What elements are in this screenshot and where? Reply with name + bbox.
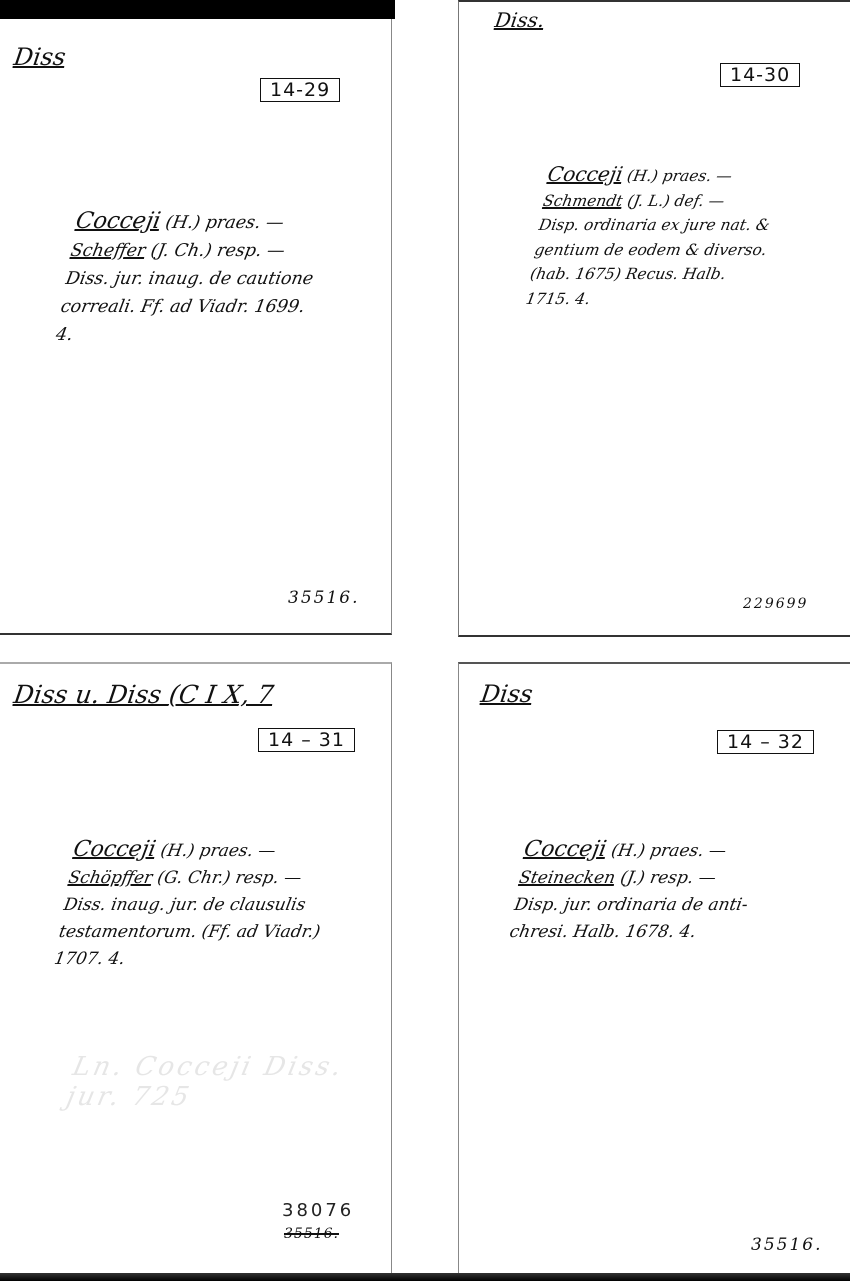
bibliographic-entry: Cocceji (H.) praes. — Schöpffer (G. Chr.…	[52, 836, 337, 973]
entry-format-line: 4.	[53, 321, 305, 349]
entry-line-respondent: Schöpffer (G. Chr.) resp. —	[66, 865, 332, 892]
entry-title-line: correali. Ff. ad Viadr. 1699.	[58, 293, 310, 321]
praeses-name: Cocceji	[74, 208, 163, 234]
praeses-detail: (H.) praes. —	[626, 167, 734, 185]
entry-title-line: testamentorum. (Ff. ad Viadr.)	[57, 919, 323, 946]
entry-title-line: Disp. ordinaria ex jure nat. &	[537, 213, 773, 238]
scan-edge-bottom	[0, 1273, 850, 1281]
praeses-detail: (H.) praes. —	[159, 841, 277, 861]
accession-number: 35516.	[288, 588, 359, 608]
call-number-box: 14-29	[260, 78, 340, 102]
entry-title-line: gentium de eodem & diverso.	[533, 238, 769, 263]
call-number-box: 14 – 31	[258, 728, 355, 752]
shelf-mark: Diss	[479, 680, 534, 708]
bibliographic-entry: Cocceji (H.) praes. — Scheffer (J. Ch.) …	[53, 207, 325, 349]
catalog-card-14-29: Diss 14-29 Cocceji (H.) praes. — Scheffe…	[0, 19, 392, 635]
entry-line-respondent: Scheffer (J. Ch.) resp. —	[68, 237, 320, 265]
praeses-name: Cocceji	[71, 836, 158, 862]
shelf-mark: Diss	[12, 43, 67, 71]
entry-line-praeses: Cocceji (H.) praes. —	[73, 207, 326, 237]
entry-format-line: 1715. 4.	[524, 287, 760, 312]
entry-format-line: 1707. 4.	[52, 946, 318, 973]
catalog-card-14-31: Diss u. Diss (C I X, 7 14 – 31 Cocceji (…	[0, 662, 392, 1274]
entry-title-line: Diss. jur. inaug. de cautione	[63, 265, 315, 293]
praeses-detail: (H.) praes. —	[164, 213, 286, 233]
entry-line-praeses: Cocceji (H.) praes. —	[71, 836, 337, 865]
praeses-name: Cocceji	[522, 836, 609, 862]
call-number-box: 14 – 32	[717, 730, 814, 754]
accession-number-new: 38076	[282, 1200, 354, 1221]
faint-bleed-through-text: Ln. Cocceji Diss. jur. 725	[64, 1052, 398, 1112]
entry-title-line: Disp. jur. ordinaria de anti-	[512, 892, 750, 919]
respondent-detail: (J. L.) def. —	[626, 192, 726, 210]
scan-edge-top	[0, 0, 395, 19]
praeses-name: Cocceji	[546, 162, 625, 186]
shelf-mark: Diss.	[493, 8, 546, 32]
respondent-name: Schöpffer	[67, 868, 154, 888]
accession-number-struck: 35516.	[284, 1226, 339, 1242]
praeses-detail: (H.) praes. —	[610, 841, 728, 861]
entry-title-line: Diss. inaug. jur. de clausulis	[61, 892, 327, 919]
accession-number: 229699	[743, 596, 808, 612]
entry-line-respondent: Steinecken (J.) resp. —	[517, 865, 755, 892]
entry-imprint-line: (hab. 1675) Recus. Halb.	[528, 262, 764, 287]
bibliographic-entry: Cocceji (H.) praes. — Steinecken (J.) re…	[507, 836, 759, 946]
call-number-box: 14-30	[720, 63, 800, 87]
bibliographic-entry: Cocceji (H.) praes. — Schmendt (J. L.) d…	[524, 162, 782, 311]
respondent-detail: (J.) resp. —	[619, 868, 718, 888]
respondent-name: Steinecken	[518, 868, 617, 888]
respondent-name: Schmendt	[542, 192, 624, 210]
entry-line-praeses: Cocceji (H.) praes. —	[545, 162, 782, 189]
entry-line-praeses: Cocceji (H.) praes. —	[522, 836, 760, 865]
catalog-card-14-30: Diss. 14-30 Cocceji (H.) praes. — Schmen…	[458, 0, 850, 637]
respondent-detail: (J. Ch.) resp. —	[149, 241, 286, 261]
shelf-mark: Diss u. Diss (C I X, 7	[12, 680, 276, 709]
respondent-name: Scheffer	[69, 241, 147, 261]
catalog-card-14-32: Diss 14 – 32 Cocceji (H.) praes. — Stein…	[458, 662, 850, 1274]
accession-number: 35516.	[751, 1235, 822, 1255]
respondent-detail: (G. Chr.) resp. —	[156, 868, 303, 888]
entry-line-respondent: Schmendt (J. L.) def. —	[541, 189, 777, 214]
entry-imprint-line: chresi. Halb. 1678. 4.	[507, 919, 745, 946]
